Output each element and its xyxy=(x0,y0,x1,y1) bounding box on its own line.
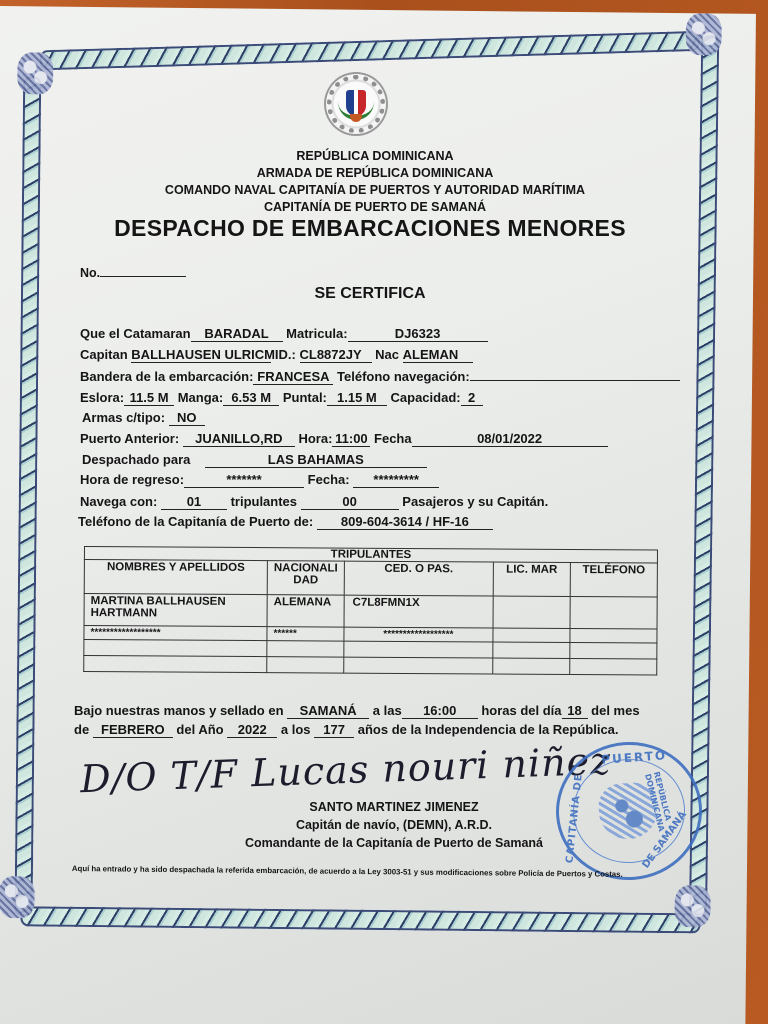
bandera-value: FRANCESA xyxy=(253,370,333,385)
closing-text-6: del Año xyxy=(176,722,223,737)
row-puerto-anterior: Puerto Anterior: JUANILLO,RD Hora:11:00 … xyxy=(80,431,608,447)
telefono-navegacion-label: Teléfono navegación: xyxy=(337,369,470,384)
number-field: No. xyxy=(80,266,186,280)
row-telefono-capitania: Teléfono de la Capitanía de Puerto de: 8… xyxy=(78,514,493,530)
matricula-label: Matricula: xyxy=(286,326,347,341)
hora-value: 11:00 xyxy=(332,432,370,447)
crew-phone-cell xyxy=(570,628,657,643)
crew-license-cell xyxy=(493,642,570,658)
closing-text-1: Bajo nuestras manos y sellado en xyxy=(74,703,284,718)
stamp-text-top: PUERTO xyxy=(601,748,668,767)
closing-text-8: años de la Independencia de la República… xyxy=(358,722,619,737)
eslora-label: Eslora: xyxy=(80,390,124,405)
crew-name-cell: ****************** xyxy=(84,626,267,641)
row-bandera: Bandera de la embarcación:FRANCESA Teléf… xyxy=(80,369,680,385)
armada-emblem-icon xyxy=(324,72,388,136)
tripulantes-label: tripulantes xyxy=(231,494,297,509)
document-title: DESPACHO DE EMBARCACIONES MENORES xyxy=(0,215,740,242)
crew-phone-cell xyxy=(570,642,657,659)
id-value: CL8872JY xyxy=(300,348,372,363)
closing-text-3: horas del día xyxy=(481,703,561,718)
crew-phone-cell xyxy=(570,658,657,675)
crew-license-cell xyxy=(493,628,570,642)
telefono-capitania-value: 809-604-3614 / HF-16 xyxy=(317,515,493,530)
crew-id-cell xyxy=(344,657,493,674)
nacionalidad-header-2: DAD xyxy=(293,574,318,586)
crew-id-cell xyxy=(344,641,493,658)
table-row: MARTINA BALLHAUSEN HARTMANN ALEMANA C7L8… xyxy=(84,594,657,629)
telefono-navegacion-value xyxy=(470,380,680,381)
crew-nationality-cell: ALEMANA xyxy=(267,595,344,627)
crew-name-cell: MARTINA BALLHAUSEN HARTMANN xyxy=(84,594,267,627)
catamaran-label: Que el Catamaran xyxy=(80,326,191,341)
row-regreso: Hora de regreso:******* Fecha: ********* xyxy=(80,472,439,488)
header-block: REPÚBLICA DOMINICANA ARMADA DE REPÚBLICA… xyxy=(0,148,740,216)
number-value xyxy=(100,276,186,277)
closing-anio: 2022 xyxy=(227,723,277,738)
closing-line-2: de FEBRERO del Año 2022 a los 177 años d… xyxy=(74,722,619,738)
pasajeros-value: 00 xyxy=(301,495,399,510)
closing-hora: 16:00 xyxy=(402,704,478,719)
crew-id-cell: ****************** xyxy=(344,627,493,642)
col-header-ced-pas: CED. O PAS. xyxy=(344,561,493,596)
despachado-label: Despachado para xyxy=(82,452,190,467)
capitan-value: BALLHAUSEN ULRICM xyxy=(131,348,271,363)
crew-license-cell xyxy=(493,596,570,628)
row-dimensiones: Eslora:11.5 M Manga:6.53 M Puntal:1.15 M… xyxy=(80,390,483,406)
manga-label: Manga: xyxy=(178,390,224,405)
closing-anios-independencia: 177 xyxy=(314,723,354,738)
pasajeros-label: Pasajeros y su Capitán. xyxy=(402,494,548,509)
fecha-label: Fecha xyxy=(374,431,412,446)
capacidad-value: 2 xyxy=(461,391,483,406)
header-line-1: REPÚBLICA DOMINICANA xyxy=(0,148,740,165)
hora-regreso-value: ******* xyxy=(184,473,304,488)
number-label: No. xyxy=(80,266,100,280)
closing-text-5: de xyxy=(74,722,89,737)
hora-label: Hora: xyxy=(298,431,332,446)
armas-value: NO xyxy=(169,411,205,426)
footer-legal-note: Aquí ha entrado y ha sido despachada la … xyxy=(72,864,623,879)
puerto-anterior-label: Puerto Anterior: xyxy=(80,431,179,446)
closing-text-2: a las xyxy=(373,703,402,718)
crew-license-cell xyxy=(493,658,570,674)
capacidad-label: Capacidad: xyxy=(391,390,461,405)
closing-dia: 18 xyxy=(562,704,588,719)
puntal-value: 1.15 M xyxy=(327,391,387,406)
id-label: ID.: xyxy=(275,347,296,362)
crew-phone-cell xyxy=(570,596,657,629)
header-line-4: CAPITANÍA DE PUERTO DE SAMANÁ xyxy=(0,199,740,216)
crew-nationality-cell: ****** xyxy=(267,627,344,641)
row-navega: Navega con: 01 tripulantes 00 Pasajeros … xyxy=(80,494,548,510)
despachado-value: LAS BAHAMAS xyxy=(205,453,427,468)
row-despachado: Despachado para LAS BAHAMAS xyxy=(82,452,427,468)
col-header-lic-mar: LIC. MAR xyxy=(493,562,570,596)
header-line-2: ARMADA DE REPÚBLICA DOMINICANA xyxy=(0,165,740,182)
matricula-value: DJ6323 xyxy=(348,327,488,342)
armas-label: Armas c/tipo: xyxy=(82,410,165,425)
row-armas: Armas c/tipo: NO xyxy=(82,410,205,426)
crew-table: TRIPULANTES NOMBRES Y APELLIDOS NACIONAL… xyxy=(83,546,658,676)
closing-text-7: a los xyxy=(281,722,311,737)
fecha-regreso-label: Fecha: xyxy=(308,472,350,487)
eslora-value: 11.5 M xyxy=(124,391,174,406)
puntal-label: Puntal: xyxy=(283,390,327,405)
nacionalidad-header-1: NACIONALI xyxy=(274,562,338,574)
crew-name-cell xyxy=(84,640,267,657)
closing-text-4: del mes xyxy=(591,703,639,718)
header-line-3: COMANDO NAVAL CAPITANÍA DE PUERTOS Y AUT… xyxy=(0,182,740,199)
nac-value: ALEMAN xyxy=(403,348,473,363)
col-header-telefono: TELÉFONO xyxy=(570,562,657,597)
row-catamaran: Que el CatamaranBARADAL Matricula:DJ6323 xyxy=(80,326,488,342)
telefono-capitania-label: Teléfono de la Capitanía de Puerto de: xyxy=(78,514,313,529)
tripulantes-value: 01 xyxy=(161,495,227,510)
subtitle: SE CERTIFICA xyxy=(0,285,740,303)
closing-lugar: SAMANÁ xyxy=(287,704,369,719)
row-capitan: Capitan BALLHAUSEN ULRICM ID.: CL8872JY … xyxy=(80,347,473,363)
puerto-anterior-value: JUANILLO,RD xyxy=(183,432,295,447)
col-header-nombres: NOMBRES Y APELLIDOS xyxy=(84,560,267,595)
bandera-label: Bandera de la embarcación: xyxy=(80,369,253,384)
catamaran-value: BARADAL xyxy=(191,327,283,342)
closing-mes: FEBRERO xyxy=(93,723,173,738)
fecha-value: 08/01/2022 xyxy=(412,432,608,447)
nac-label: Nac xyxy=(375,347,399,362)
crew-nationality-cell xyxy=(267,657,344,673)
table-row xyxy=(84,656,657,675)
closing-line-1: Bajo nuestras manos y sellado en SAMANÁ … xyxy=(74,703,640,719)
capitan-label: Capitan xyxy=(80,347,128,362)
crew-id-cell: C7L8FMN1X xyxy=(344,595,493,628)
crew-name-cell xyxy=(84,656,267,673)
crew-nationality-cell xyxy=(267,641,344,657)
col-header-nacionalidad: NACIONALIDAD xyxy=(267,561,344,595)
fecha-regreso-value: ********* xyxy=(353,473,439,488)
hora-regreso-label: Hora de regreso: xyxy=(80,472,184,487)
manga-value: 6.53 M xyxy=(223,391,279,406)
handwritten-signature: D/O T/F Lucas nouri niñez xyxy=(79,739,611,802)
navega-label: Navega con: xyxy=(80,494,157,509)
